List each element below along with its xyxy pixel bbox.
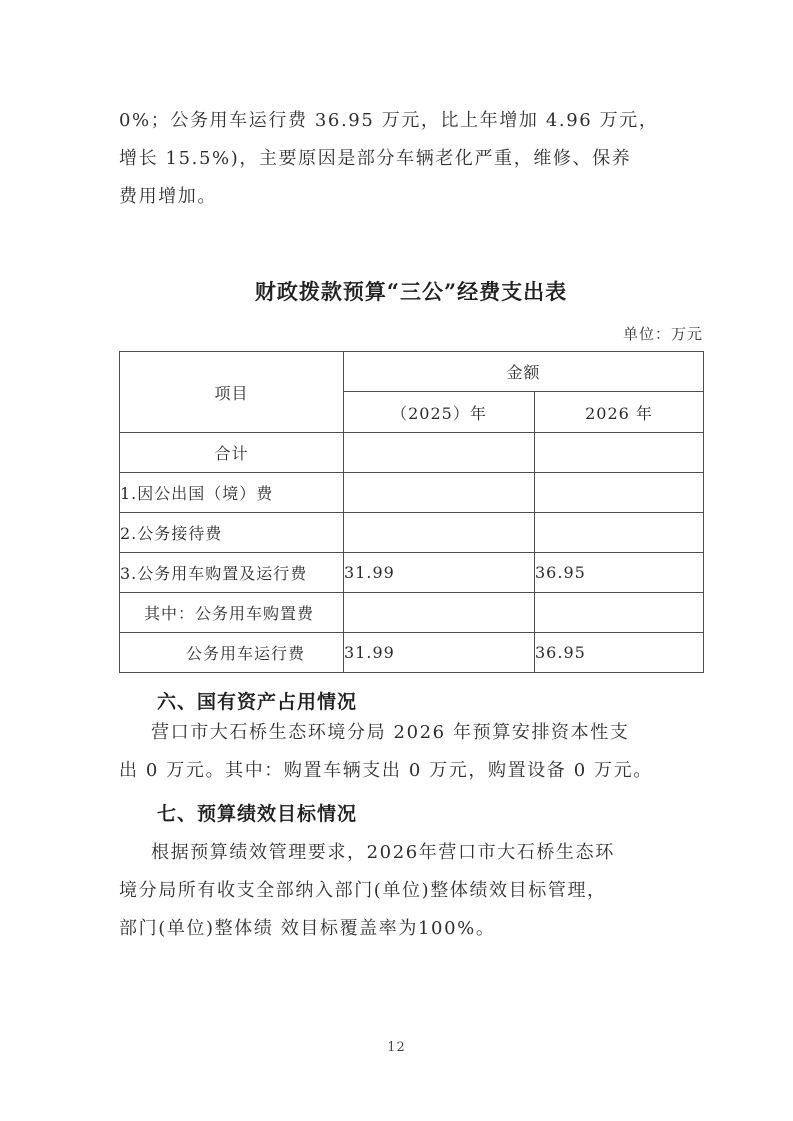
header-amount: 金额 xyxy=(344,352,704,392)
row-value-2025: 31.99 xyxy=(344,633,535,673)
row-label-vehicle-total: 3.公务用车购置及运行费 xyxy=(120,553,344,593)
table-row: 合计 xyxy=(120,433,704,473)
row-value-2025 xyxy=(344,513,535,553)
row-value-2026 xyxy=(535,513,704,553)
row-value-2026 xyxy=(535,593,704,633)
section-heading-performance-targets: 七、预算绩效目标情况 xyxy=(157,799,357,826)
table-row: 2.公务接待费 xyxy=(120,513,704,553)
table-row: 3.公务用车购置及运行费 31.99 36.95 xyxy=(120,553,704,593)
paragraph-line: 出 0 万元。其中：购置车辆支出 0 万元，购置设备 0 万元。 xyxy=(119,752,711,790)
row-label-abroad: 1.因公出国（境）费 xyxy=(120,473,344,513)
table-header-row-1: 项目 金额 xyxy=(120,352,704,392)
table-row: 1.因公出国（境）费 xyxy=(120,473,704,513)
intro-paragraph: 0%；公务用车运行费 36.95 万元，比上年增加 4.96 万元， 增长 15… xyxy=(119,102,711,216)
row-value-2026: 36.95 xyxy=(535,633,704,673)
intro-line: 0%；公务用车运行费 36.95 万元，比上年增加 4.96 万元， xyxy=(119,102,711,140)
table-row: 其中：公务用车购置费 xyxy=(120,593,704,633)
three-public-expense-table: 项目 金额 （2025）年 2026 年 合计 1.因公出国（境）费 2.公务接… xyxy=(119,351,704,673)
paragraph-line: 部门(单位)整体绩 效目标覆盖率为100%。 xyxy=(119,910,711,948)
section-heading-state-assets: 六、国有资产占用情况 xyxy=(157,687,357,714)
paragraph-line: 营口市大石桥生态环境分局 2026 年预算安排资本性支 xyxy=(119,714,711,752)
state-assets-paragraph: 营口市大石桥生态环境分局 2026 年预算安排资本性支 出 0 万元。其中：购置… xyxy=(119,714,711,790)
row-value-2025: 31.99 xyxy=(344,553,535,593)
row-label-vehicle-operation: 公务用车运行费 xyxy=(120,633,344,673)
header-item: 项目 xyxy=(120,352,344,433)
paragraph-line: 根据预算绩效管理要求，2026年营口市大石桥生态环 xyxy=(119,834,711,872)
row-label-total: 合计 xyxy=(120,433,344,473)
unit-label: 单位：万元 xyxy=(119,323,703,344)
intro-line: 增长 15.5%)，主要原因是部分车辆老化严重，维修、保养 xyxy=(119,140,711,178)
document-page: 0%；公务用车运行费 36.95 万元，比上年增加 4.96 万元， 增长 15… xyxy=(0,0,793,1121)
row-value-2025 xyxy=(344,433,535,473)
table-row: 公务用车运行费 31.99 36.95 xyxy=(120,633,704,673)
intro-line: 费用增加。 xyxy=(119,178,711,216)
row-label-vehicle-purchase: 其中：公务用车购置费 xyxy=(120,593,344,633)
header-year-2026: 2026 年 xyxy=(535,392,704,433)
header-year-2025: （2025）年 xyxy=(344,392,535,433)
row-value-2025 xyxy=(344,593,535,633)
page-number: 12 xyxy=(0,1040,793,1055)
row-value-2026 xyxy=(535,433,704,473)
row-value-2026: 36.95 xyxy=(535,553,704,593)
paragraph-line: 境分局所有收支全部纳入部门(单位)整体绩效目标管理， xyxy=(119,872,711,910)
table-title: 财政拨款预算“三公”经费支出表 xyxy=(119,276,703,306)
row-label-reception: 2.公务接待费 xyxy=(120,513,344,553)
performance-paragraph: 根据预算绩效管理要求，2026年营口市大石桥生态环 境分局所有收支全部纳入部门(… xyxy=(119,834,711,948)
row-value-2026 xyxy=(535,473,704,513)
row-value-2025 xyxy=(344,473,535,513)
